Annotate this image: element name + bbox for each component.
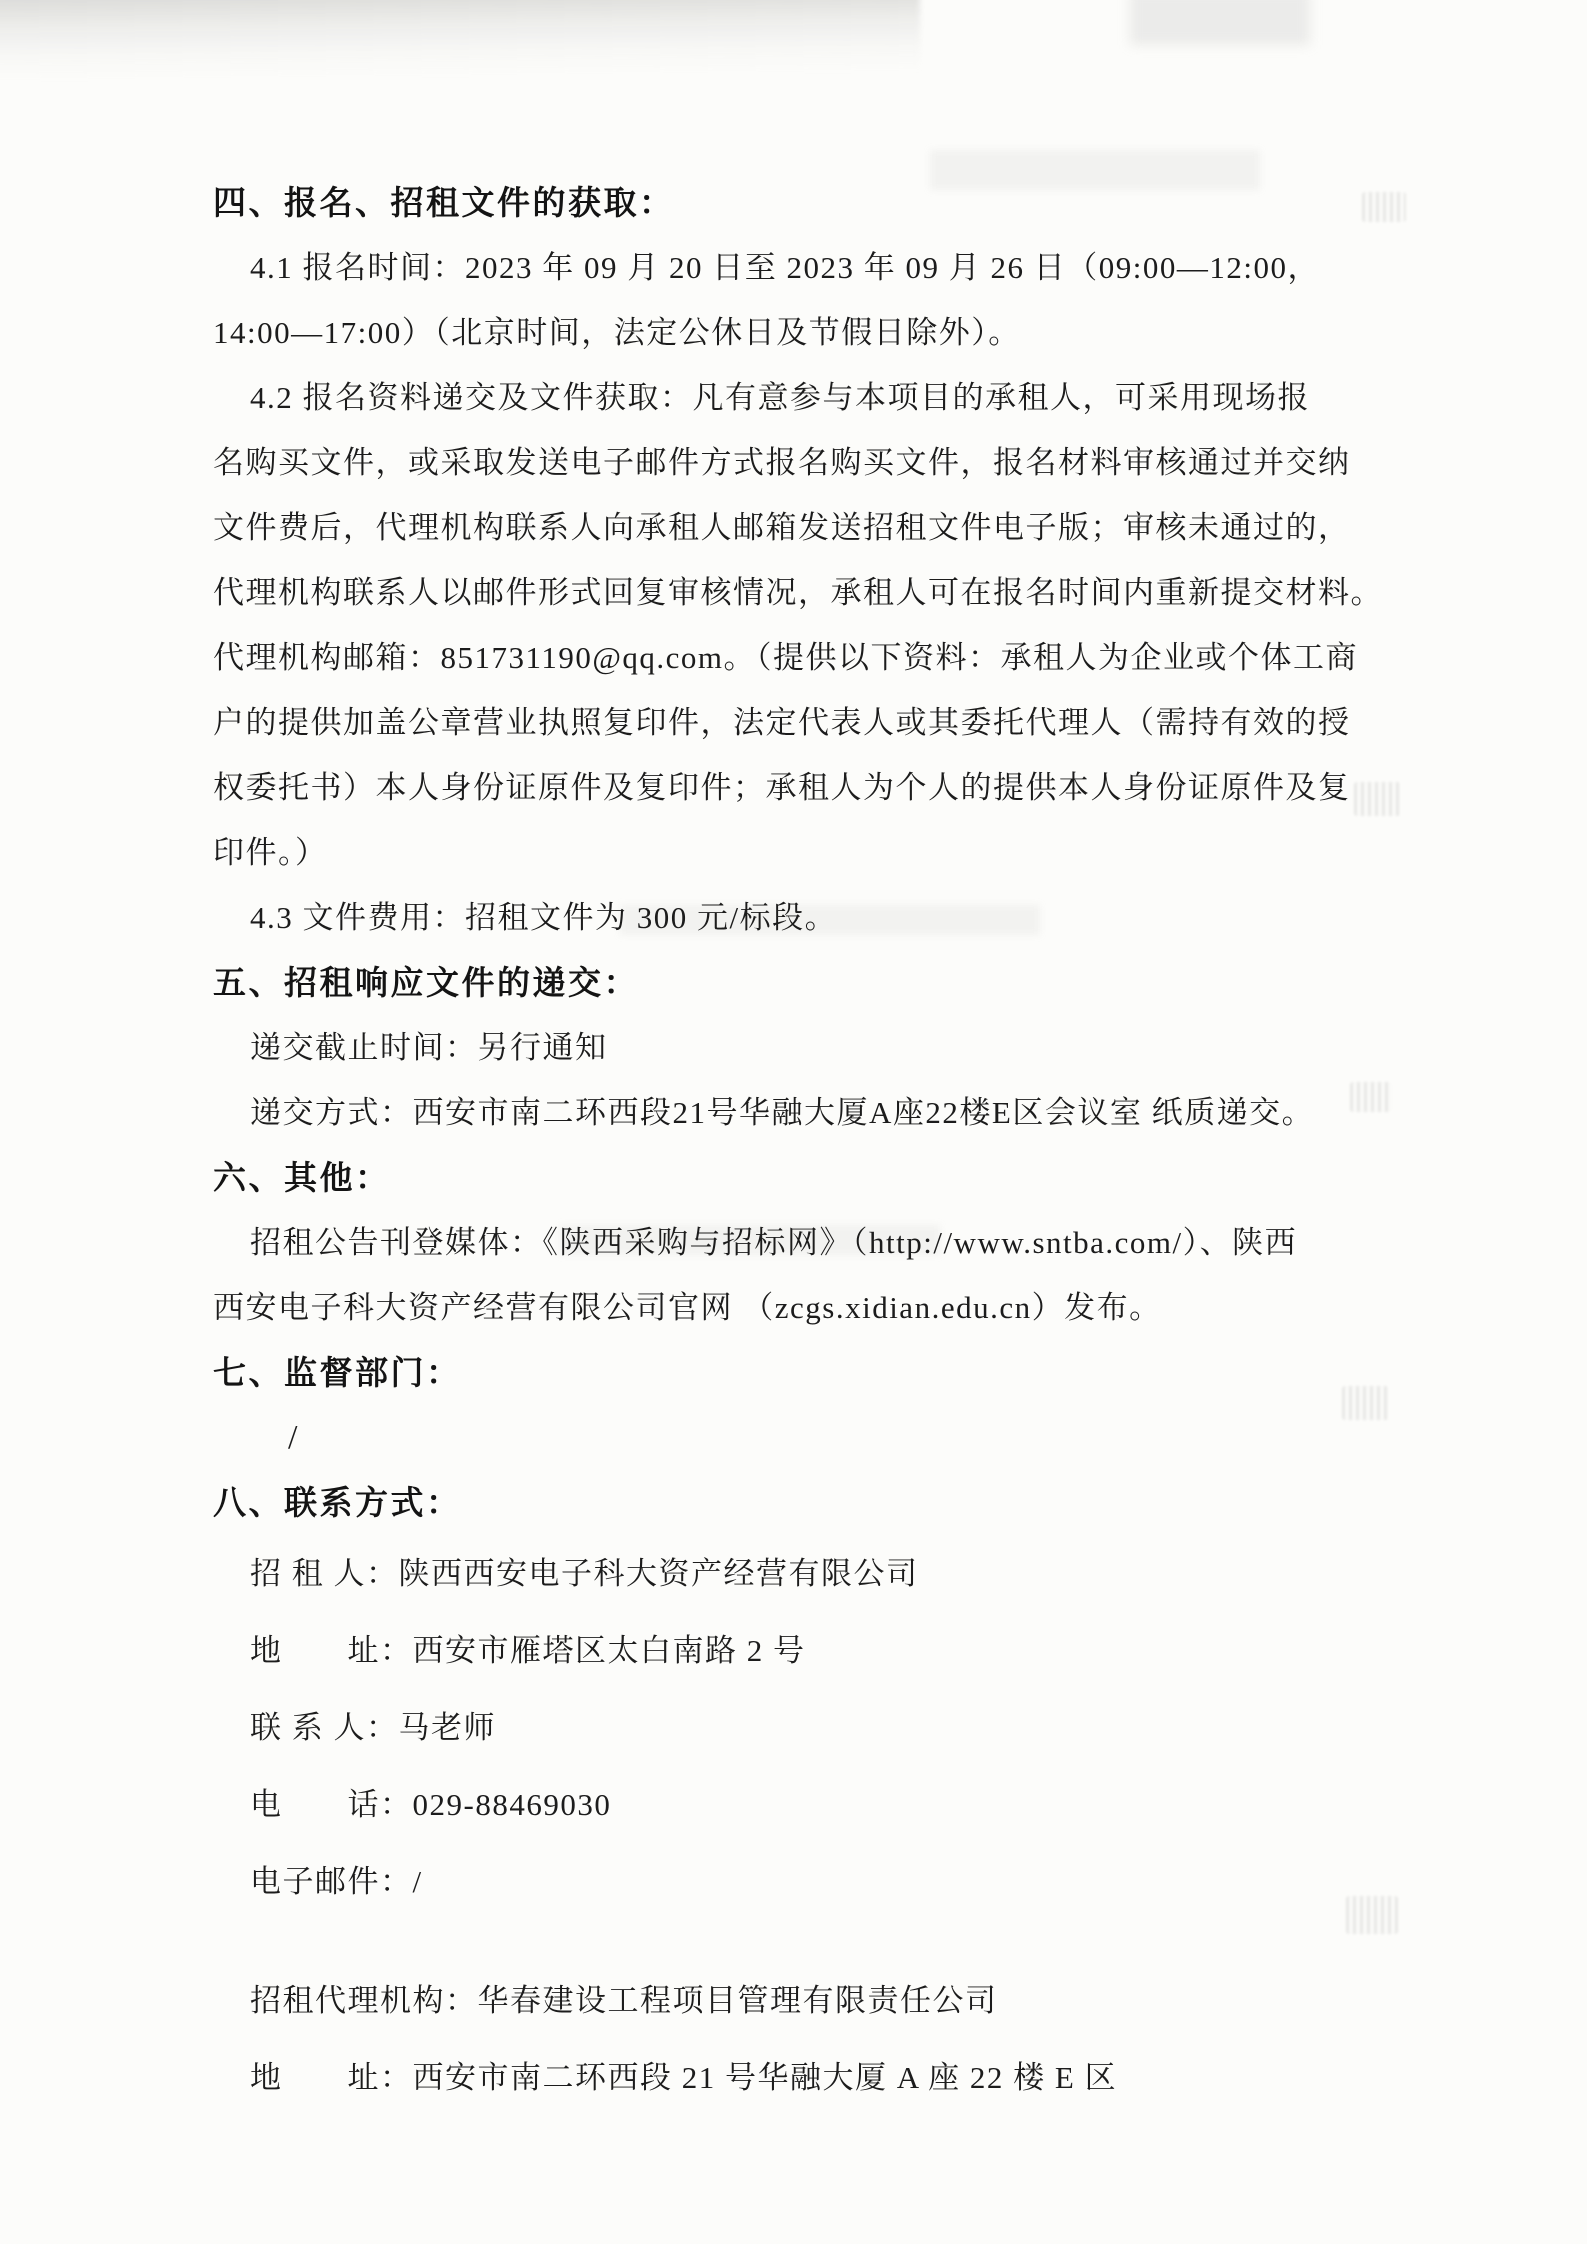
paragraph-line: 代理机构联系人以邮件形式回复审核情况，承租人可在报名时间内重新提交材料。 [213, 560, 1473, 625]
paragraph-line-4-2: 4.2 报名资料递交及文件获取：凡有意参与本项目的承租人，可采用现场报 [213, 365, 1473, 430]
paragraph-line: 印件。） [213, 820, 1473, 885]
paragraph-line: 14:00—17:00）（北京时间，法定公休日及节假日除外）。 [213, 300, 1473, 365]
contact-person: 联 系 人：马老师 [213, 1689, 1473, 1766]
paragraph-line-submission-method: 递交方式：西安市南二环西段21号华融大厦A座22楼E区会议室 纸质递交。 [213, 1080, 1473, 1145]
paragraph-line-media: 招租公告刊登媒体：《陕西采购与招标网》（http://www.sntba.com… [213, 1210, 1473, 1275]
paragraph-line-4-3: 4.3 文件费用：招租文件为 300 元/标段。 [213, 885, 1473, 950]
contact-address: 地 址：西安市雁塔区太白南路 2 号 [213, 1612, 1473, 1689]
scan-shadow [1130, 0, 1310, 45]
document-body: 四、报名、招租文件的获取： 4.1 报名时间：2023 年 09 月 20 日至… [213, 170, 1473, 2116]
paragraph-line-agency-email: 代理机构邮箱：851731190@qq.com。（提供以下资料：承租人为企业或个… [213, 625, 1473, 690]
paragraph-line-media-cont: 西安电子科大资产经营有限公司官网 （zcgs.xidian.edu.cn）发布。 [213, 1275, 1473, 1340]
scan-shadow [0, 0, 920, 82]
paragraph-line: 权委托书）本人身份证原件及复印件；承租人为个人的提供本人身份证原件及复 [213, 755, 1473, 820]
paragraph-line: 文件费后，代理机构联系人向承租人邮箱发送招租文件电子版；审核未通过的， [213, 495, 1473, 560]
contact-email: 电子邮件：/ [213, 1843, 1473, 1920]
section-heading-registration: 四、报名、招租文件的获取： [213, 170, 1473, 235]
agency-name: 招租代理机构：华春建设工程项目管理有限责任公司 [213, 1962, 1473, 2039]
paragraph-line-deadline: 递交截止时间：另行通知 [213, 1015, 1473, 1080]
scanned-notice-page: { "document": { "type": "招租公告（扫描件）", "se… [0, 0, 1587, 2244]
section-heading-supervision: 七、监督部门： [213, 1340, 1473, 1405]
paragraph-line: 名购买文件，或采取发送电子邮件方式报名购买文件，报名材料审核通过并交纳 [213, 430, 1473, 495]
document-page: 四、报名、招租文件的获取： 4.1 报名时间：2023 年 09 月 20 日至… [0, 0, 1587, 2244]
supervision-value: / [213, 1405, 1473, 1470]
agency-address: 地 址：西安市南二环西段 21 号华融大厦 A 座 22 楼 E 区 [213, 2039, 1473, 2116]
section-heading-contact: 八、联系方式： [213, 1470, 1473, 1535]
section-heading-others: 六、其他： [213, 1145, 1473, 1210]
paragraph-line: 户的提供加盖公章营业执照复印件，法定代表人或其委托代理人（需持有效的授 [213, 690, 1473, 755]
paragraph-line-4-1: 4.1 报名时间：2023 年 09 月 20 日至 2023 年 09 月 2… [213, 235, 1473, 300]
contact-phone: 电 话：029-88469030 [213, 1766, 1473, 1843]
contact-lessor: 招 租 人：陕西西安电子科大资产经营有限公司 [213, 1535, 1473, 1612]
section-heading-submission: 五、招租响应文件的递交： [213, 950, 1473, 1015]
